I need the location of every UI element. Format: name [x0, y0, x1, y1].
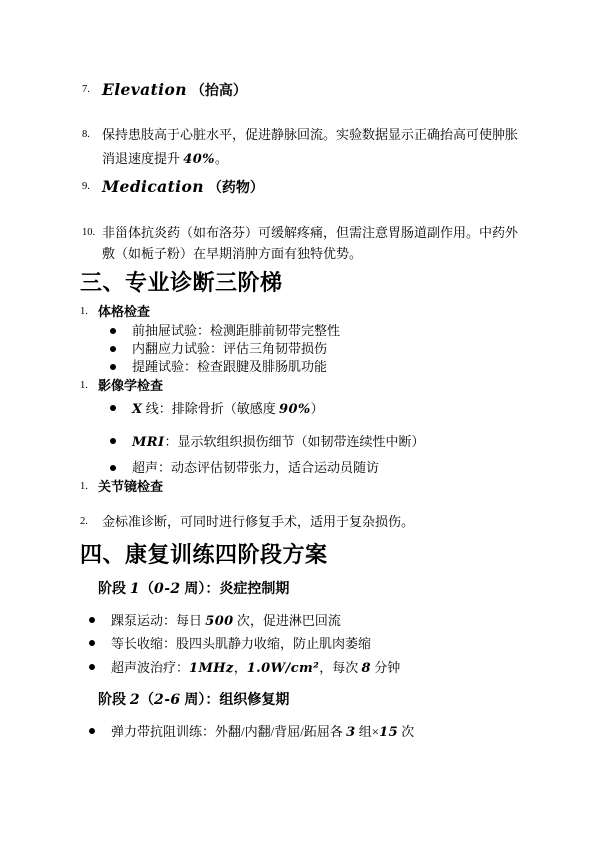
stage-1-heading: 阶段 1（0-2 周）：炎症控制期 [98, 579, 289, 598]
ordered-item-number: 10. [82, 222, 102, 243]
inline-number: 15 [379, 725, 398, 740]
bullet-icon [110, 358, 132, 370]
sub-item-text: 金标准诊断，可同时进行修复手术，适用于复杂损伤。 [102, 513, 414, 531]
bullet-icon [89, 634, 111, 646]
inline-number: 90% [279, 402, 311, 417]
sub-item-arthroscopy: 1. 关节镜检查 [80, 478, 163, 496]
bullet-text: 踝泵运动：每日 500 次，促进淋巴回流 [111, 611, 341, 631]
document-page: 7. Elevation （抬高） 8. 保持患肢高于心脏水平，促进静脉回流。实… [0, 0, 595, 841]
term-line: Medication （药物） [102, 177, 264, 197]
section-heading-4: 四、康复训练四阶段方案 [80, 542, 328, 568]
inline-number: 2-6 [154, 692, 181, 708]
bullet-item-ultrasound: 超声：动态评估韧带张力，适合运动员随访 [110, 459, 379, 477]
bullet-icon [110, 340, 132, 352]
bullet-item-mri: MRI：显示软组织损伤细节（如韧带连续性中断） [110, 432, 425, 452]
bullet-text: MRI：显示软组织损伤细节（如韧带连续性中断） [132, 432, 425, 452]
term-chinese: （药物） [208, 179, 264, 195]
bullet-icon [110, 322, 132, 334]
inline-number: 3 [346, 725, 355, 740]
bullet-icon [89, 722, 111, 734]
term-english: Elevation [102, 80, 187, 99]
paragraph-line: 保持患肢高于心脏水平，促进静脉回流。实验数据显示正确抬高可使肿胀 [102, 123, 518, 147]
ordered-item-10: 10. 非甾体抗炎药（如布洛芬）可缓解疼痛，但需注意胃肠道副作用。中药外 敷（如… [82, 222, 518, 264]
ordered-item-7: 7. Elevation （抬高） [82, 80, 247, 100]
paragraph-line: 非甾体抗炎药（如布洛芬）可缓解疼痛，但需注意胃肠道副作用。中药外 [102, 222, 518, 243]
paragraph-line: 消退速度提升 40%。 [102, 147, 518, 172]
sub-item-label: 影像学检查 [98, 377, 163, 395]
section-heading-3: 三、专业诊断三阶梯 [80, 270, 283, 296]
bullet-item: 内翻应力试验：评估三角韧带损伤 [110, 340, 327, 358]
inline-number: 2 [130, 692, 140, 708]
paragraph-line: 敷（如栀子粉）在早期消肿方面有独特优势。 [102, 243, 518, 264]
bullet-item: 前抽屉试验：检测距腓前韧带完整性 [110, 322, 340, 340]
bullet-item: 提踵试验：检查跟腱及腓肠肌功能 [110, 358, 327, 376]
bullet-text: 前抽屉试验：检测距腓前韧带完整性 [132, 322, 340, 340]
inline-number: 0-2 [154, 581, 181, 597]
bullet-icon [110, 399, 132, 411]
term-english: Medication [102, 177, 204, 196]
ordered-item-number: 8. [82, 123, 102, 147]
sub-item-physical-exam: 1. 体格检查 [80, 303, 150, 321]
inline-number: 1MHz [189, 661, 234, 676]
bullet-item-isometric: 等长收缩：股四头肌静力收缩，防止肌肉萎缩 [89, 634, 371, 653]
bullet-icon [89, 611, 111, 623]
bullet-text: 弹力带抗阻训练：外翻/内翻/背屈/跖屈各 3 组×15 次 [111, 722, 414, 742]
sub-item-label: 关节镜检查 [98, 478, 163, 496]
bullet-text: 提踵试验：检查跟腱及腓肠肌功能 [132, 358, 327, 376]
ordered-item-9: 9. Medication （药物） [82, 177, 264, 197]
bullet-item-ankle-pump: 踝泵运动：每日 500 次，促进淋巴回流 [89, 611, 341, 631]
ordered-item-8: 8. 保持患肢高于心脏水平，促进静脉回流。实验数据显示正确抬高可使肿胀 消退速度… [82, 123, 518, 172]
sub-item-label: 体格检查 [98, 303, 150, 321]
bullet-text: 等长收缩：股四头肌静力收缩，防止肌肉萎缩 [111, 634, 371, 653]
inline-latin: X [132, 402, 143, 417]
bullet-icon [110, 459, 132, 471]
bullet-icon [89, 658, 111, 670]
sub-item-number: 1. [80, 478, 98, 496]
paragraph: 非甾体抗炎药（如布洛芬）可缓解疼痛，但需注意胃肠道副作用。中药外 敷（如栀子粉）… [102, 222, 518, 264]
inline-number: 1 [130, 581, 140, 597]
bullet-text: 超声：动态评估韧带张力，适合运动员随访 [132, 459, 379, 477]
inline-number: 1.0W/cm² [247, 661, 320, 676]
sub-item-imaging-exam: 1. 影像学检查 [80, 377, 163, 395]
inline-number: 40% [183, 152, 215, 167]
paragraph: 保持患肢高于心脏水平，促进静脉回流。实验数据显示正确抬高可使肿胀 消退速度提升 … [102, 123, 518, 172]
sub-item-number: 1. [80, 377, 98, 395]
stage-2-heading: 阶段 2（2-6 周）：组织修复期 [98, 690, 289, 709]
bullet-text: 超声波治疗：1MHz，1.0W/cm²，每次 8 分钟 [111, 658, 400, 678]
inline-latin: MRI [132, 435, 164, 450]
bullet-item-resistance-band: 弹力带抗阻训练：外翻/内翻/背屈/跖屈各 3 组×15 次 [89, 722, 414, 742]
term-line: Elevation （抬高） [102, 80, 247, 100]
bullet-text: 内翻应力试验：评估三角韧带损伤 [132, 340, 327, 358]
sub-item-number: 1. [80, 303, 98, 321]
ordered-item-number: 9. [82, 177, 102, 196]
inline-number: 500 [205, 614, 233, 629]
inline-number: 8 [362, 661, 371, 676]
sub-item-gold-standard: 2. 金标准诊断，可同时进行修复手术，适用于复杂损伤。 [80, 513, 414, 531]
sub-item-number: 2. [80, 513, 102, 531]
bullet-icon [110, 432, 132, 444]
bullet-item-xray: X 线：排除骨折（敏感度 90%） [110, 399, 324, 419]
bullet-text: X 线：排除骨折（敏感度 90%） [132, 399, 324, 419]
bullet-item-ultrasound-therapy: 超声波治疗：1MHz，1.0W/cm²，每次 8 分钟 [89, 658, 400, 678]
term-chinese: （抬高） [191, 82, 247, 98]
ordered-item-number: 7. [82, 80, 102, 99]
